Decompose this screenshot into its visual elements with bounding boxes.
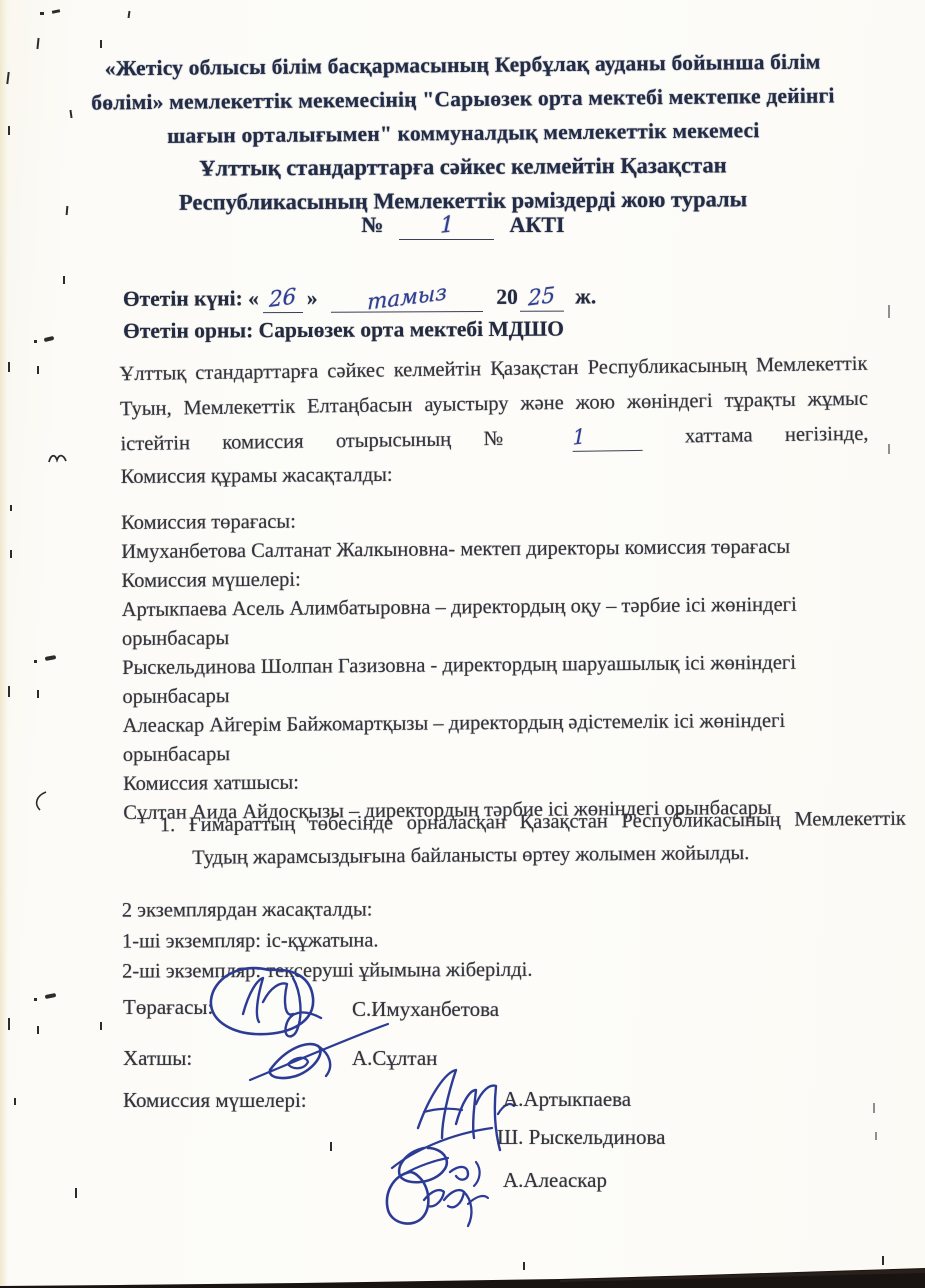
- members-signature-label: Комиссия мүшелері:: [123, 1088, 307, 1113]
- number-sign: №: [361, 212, 383, 237]
- year-prefix: 20: [496, 285, 518, 309]
- scan-mark: [66, 206, 69, 215]
- org-name-text: «Жетісу облысы білім басқармасының Кербұ…: [91, 50, 835, 148]
- scan-mark: [100, 40, 102, 48]
- date-label: Өтетін күні:: [123, 286, 243, 311]
- scan-mark: [888, 305, 890, 318]
- close-quote: »: [307, 286, 318, 310]
- resolution-item: 1. Ғимараттың төбесінде орналасқан Қазақ…: [152, 803, 907, 876]
- commission-intro: Комиссия құрамы жасақталды:: [121, 457, 887, 492]
- org-header: «Жетісу облысы білім басқармасының Кербұ…: [72, 44, 855, 154]
- act-number-handwritten: 1: [439, 214, 453, 238]
- month-slot: тамыз: [331, 287, 483, 312]
- commission-chair-line: Имуханбетова Салтанат Жалкыновна- мектеп…: [121, 532, 887, 567]
- scan-mark: [14, 1098, 16, 1105]
- scan-mark: [8, 126, 10, 135]
- scan-mark: [8, 686, 10, 697]
- act-number-slot: 1: [399, 214, 494, 240]
- act-title: Ұлттық стандарттарға сәйкес келмейтін Қа…: [90, 148, 836, 221]
- copies-intro: 2 экземплярдан жасақталды:: [122, 892, 842, 926]
- year-suffix: ж.: [575, 284, 596, 308]
- scan-mark: [8, 362, 10, 372]
- protocol-text-after: хаттама негізінде,: [685, 423, 869, 448]
- resolution-item-number: 1.: [160, 814, 176, 836]
- commission-member-line: Алеаскар Айгерім Байжомартқызы – директо…: [123, 706, 889, 770]
- scan-mark: [37, 690, 39, 698]
- scan-mark: [45, 993, 57, 999]
- scan-mark: [37, 366, 39, 374]
- scan-mark: [36, 38, 39, 49]
- scan-mark: [40, 12, 44, 15]
- member-signature-name: А.Алеаскар: [503, 1168, 607, 1193]
- scan-mark: [10, 550, 12, 558]
- year-handwritten: 25: [528, 285, 555, 310]
- chair-signature-label: Төрағасы:: [123, 995, 213, 1020]
- commission-block: Комиссия құрамы жасақталды: Комиссия төр…: [121, 457, 890, 828]
- scan-mark: [8, 1018, 10, 1030]
- commission-member-line: Рыскельдинова Шолпан Газизовна - директо…: [122, 648, 888, 712]
- scan-mark: [44, 336, 55, 342]
- member-signature-name: Ш. Рыскельдинова: [497, 1125, 665, 1150]
- scan-bottom-edge: [0, 1264, 925, 1288]
- scanned-document-page: «Жетісу облысы білім басқармасының Кербұ…: [0, 0, 925, 1288]
- day-handwritten: 26: [269, 286, 296, 311]
- act-number-line: № 1 АКТІ: [90, 212, 836, 240]
- scan-mark: [6, 72, 9, 84]
- protocol-paragraph: Ұлттық стандарттарға сәйкес келмейтін Қа…: [119, 347, 868, 462]
- scan-left-edge: [0, 0, 8, 1288]
- place-value: Сарыөзек орта мектебі МДШО: [259, 317, 564, 343]
- act-title-line-1: Ұлттық стандарттарға сәйкес келмейтін Қа…: [90, 148, 836, 187]
- date-line: Өтетін күні: «26» тамыз 2025 ж.: [123, 279, 843, 315]
- scan-mark: [128, 11, 131, 18]
- scan-mark: [32, 790, 50, 812]
- day-slot: 26: [263, 288, 303, 313]
- copy-line: 1-ші экземпляр: іс-құжатына.: [122, 923, 842, 957]
- scan-mark: [45, 655, 57, 661]
- open-quote: «: [248, 286, 259, 310]
- resolution-item-text: Ғимараттың төбесінде орналасқан Қазақста…: [189, 808, 906, 869]
- scan-mark: [888, 444, 890, 454]
- member-signature-name: А.Артыкпаева: [503, 1087, 631, 1112]
- month-handwritten: тамыз: [367, 282, 447, 314]
- act-label: АКТІ: [510, 212, 565, 237]
- scan-mark: [34, 340, 37, 343]
- scan-mark: [34, 998, 37, 1001]
- place-label: Өтетін орны:: [123, 318, 253, 343]
- scan-mark: [873, 1103, 875, 1113]
- scan-mark: [34, 660, 37, 663]
- member-signature-icon: [378, 1156, 492, 1236]
- scan-mark: [63, 276, 65, 284]
- scan-mark: [10, 505, 12, 511]
- protocol-number-sign: №: [483, 427, 530, 450]
- commission-member-line: Артыкпаева Асель Алимбатыровна – директо…: [122, 590, 888, 654]
- place-line: Өтетін орны: Сарыөзек орта мектебі МДШО: [123, 311, 843, 347]
- scan-mark: [48, 452, 68, 464]
- scan-mark: [52, 9, 60, 14]
- scan-mark: [75, 1188, 77, 1198]
- protocol-number-handwritten: 1: [573, 426, 586, 448]
- year-slot: 25: [520, 287, 564, 312]
- scan-mark: [100, 1022, 102, 1030]
- meta-block: Өтетін күні: «26» тамыз 2025 ж. Өтетін о…: [123, 279, 843, 347]
- scan-mark: [37, 1026, 39, 1034]
- scan-mark: [875, 1132, 877, 1140]
- secretary-signature-label: Хатшы:: [123, 1046, 192, 1071]
- protocol-number-slot: 1: [572, 426, 642, 451]
- scan-mark: [330, 1142, 332, 1151]
